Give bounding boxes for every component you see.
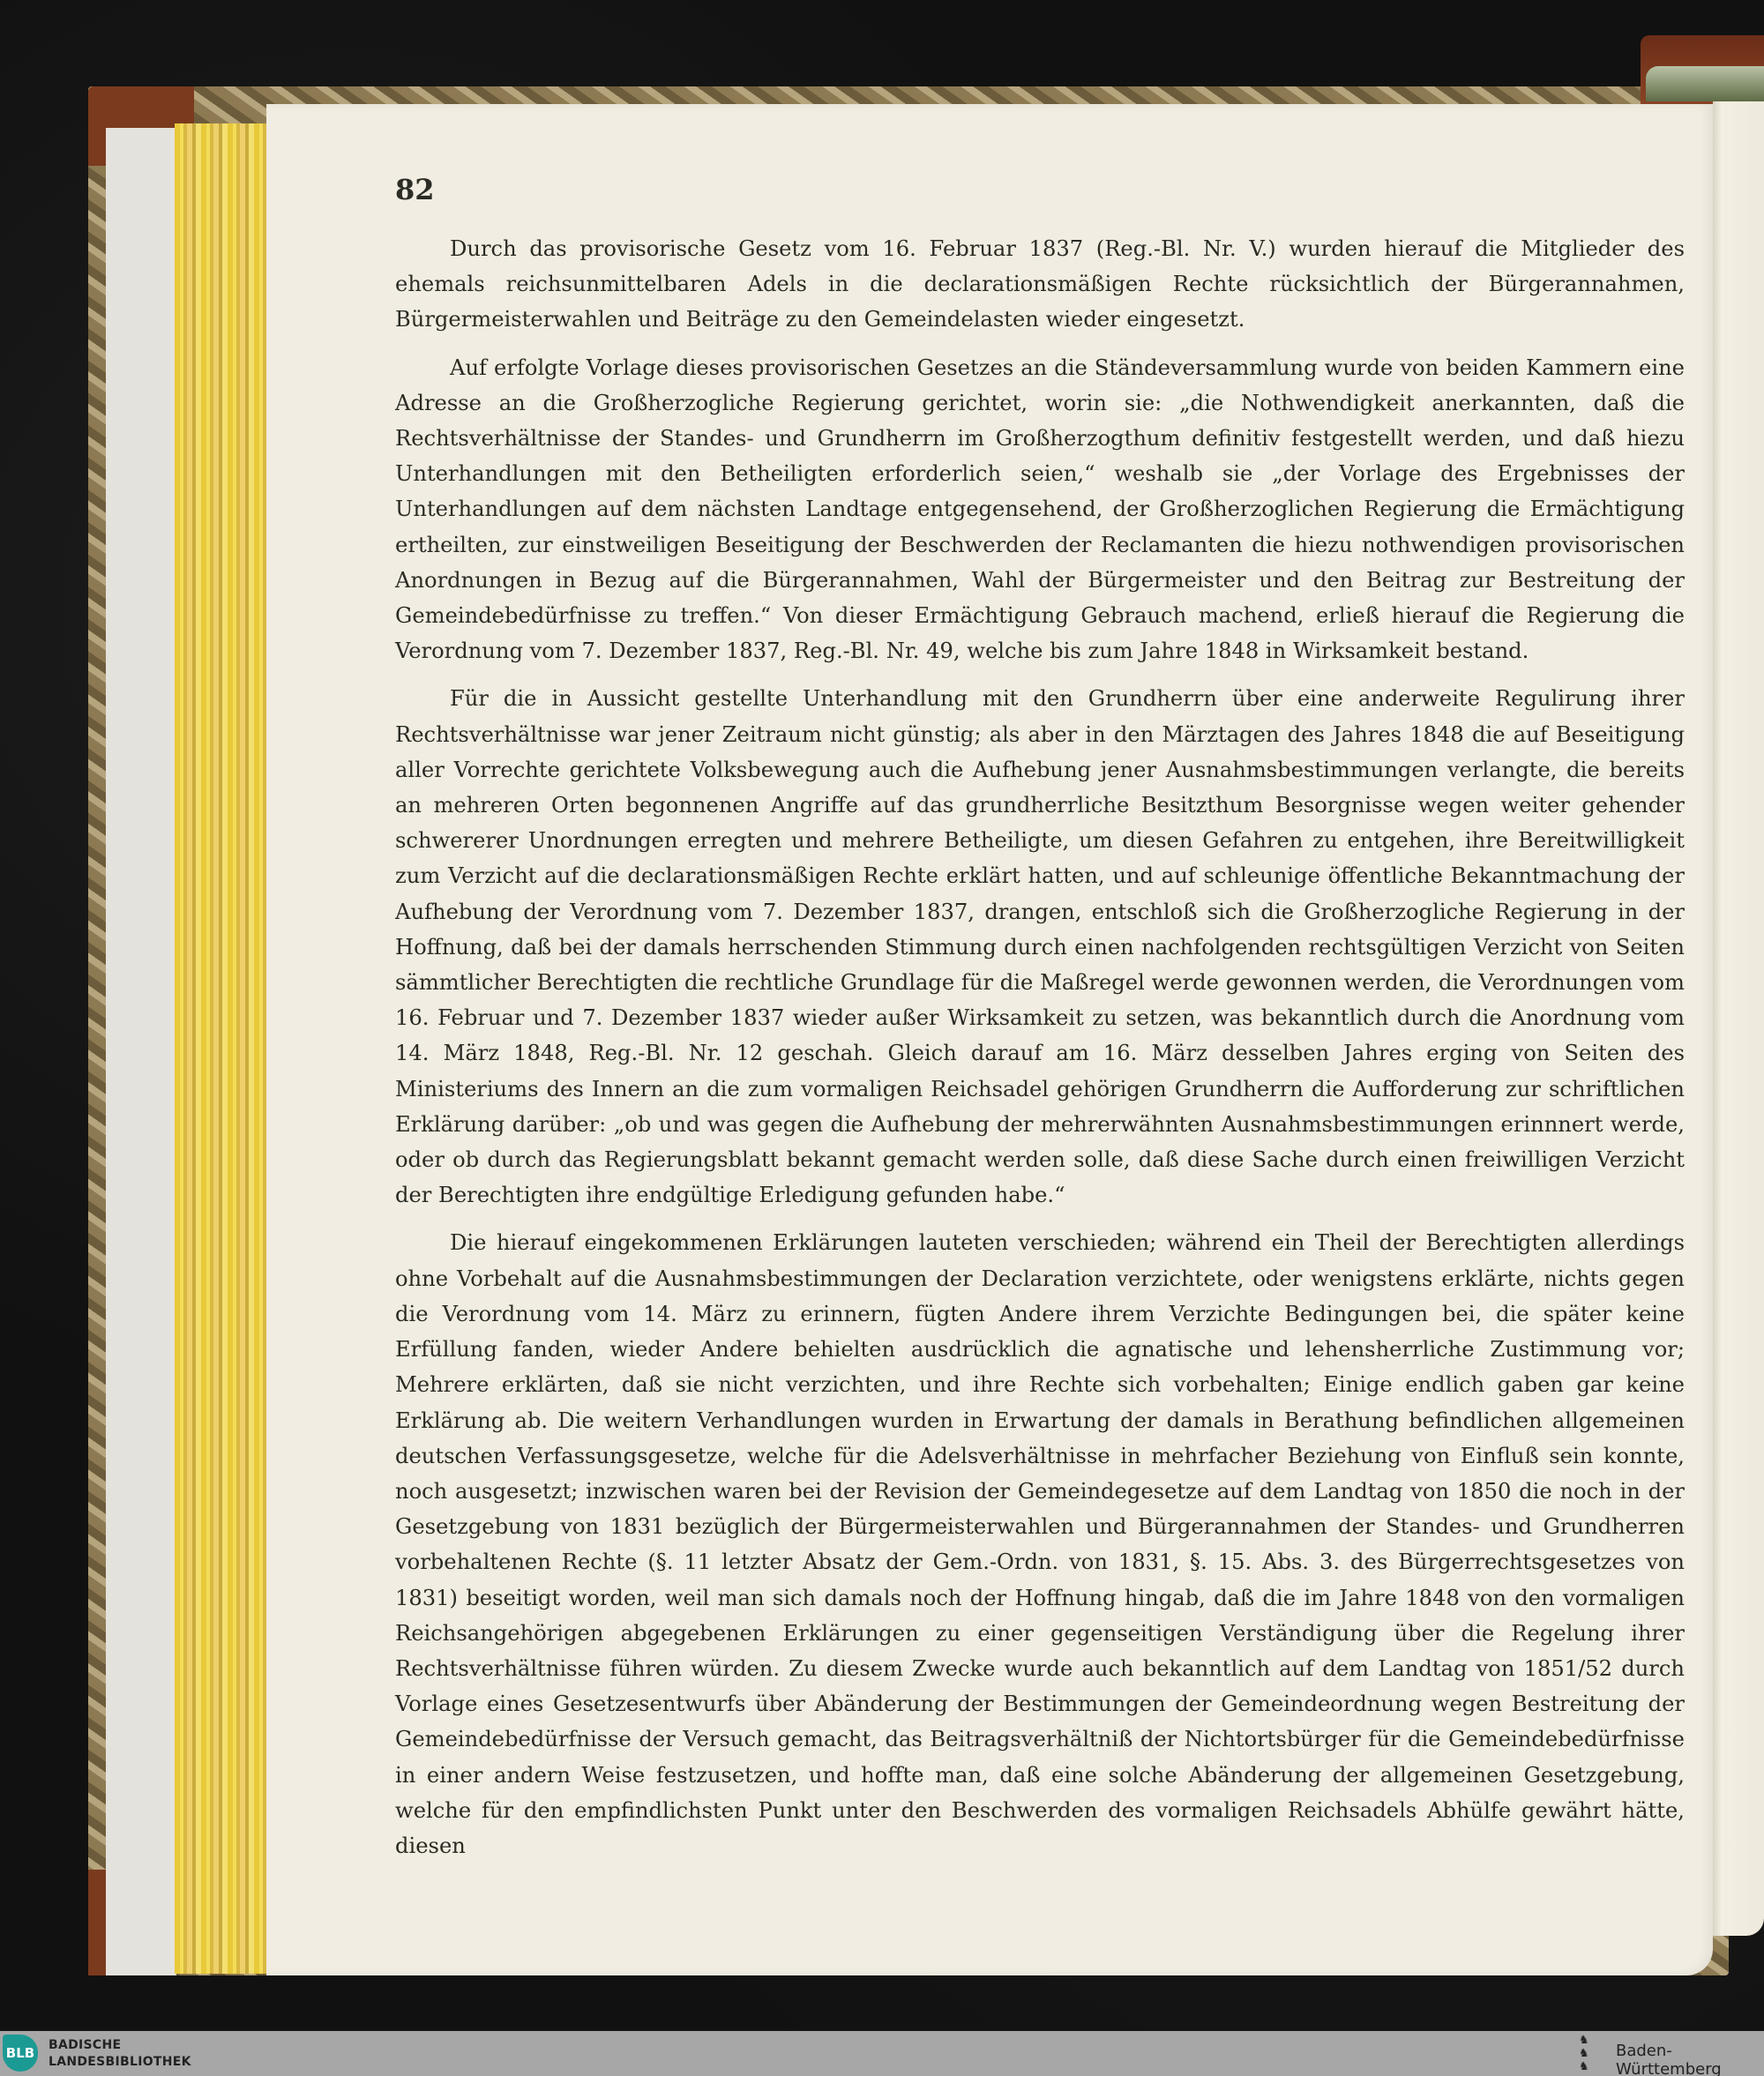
blb-logo-icon[interactable]: BLB: [3, 2035, 38, 2072]
page-body-text: Durch das provisorische Gesetz vom 16. F…: [395, 231, 1685, 1876]
endpaper: [106, 128, 176, 1975]
state-name[interactable]: Baden-Württemberg: [1616, 2042, 1764, 2076]
page-block-edges: [175, 123, 266, 1974]
three-lions-coat-of-arms-icon: ♞ ♞ ♞: [1579, 2035, 1607, 2073]
lion-icon: ♞: [1579, 2061, 1607, 2073]
page-number: 82: [395, 173, 435, 206]
library-name[interactable]: BADISCHE LANDESBIBLIOTHEK: [49, 2037, 191, 2071]
paragraph-1: Durch das provisorische Gesetz vom 16. F…: [395, 231, 1685, 338]
library-name-line1: BADISCHE: [49, 2037, 191, 2054]
footer-bar: BLB BADISCHE LANDESBIBLIOTHEK ♞ ♞ ♞ Bade…: [0, 2031, 1764, 2076]
library-name-line2: LANDESBIBLIOTHEK: [49, 2054, 191, 2071]
paragraph-2: Auf erfolgte Vorlage dieses provisorisch…: [395, 350, 1685, 669]
paragraph-3: Für die in Aussicht gestellte Unterhandl…: [395, 681, 1685, 1213]
page-edge-top-right: [1646, 66, 1764, 101]
next-page-edge: [1713, 101, 1764, 1936]
paragraph-4: Die hierauf eingekommenen Erklärungen la…: [395, 1225, 1685, 1863]
lion-icon: ♞: [1579, 2048, 1607, 2060]
lion-icon: ♞: [1579, 2035, 1607, 2047]
